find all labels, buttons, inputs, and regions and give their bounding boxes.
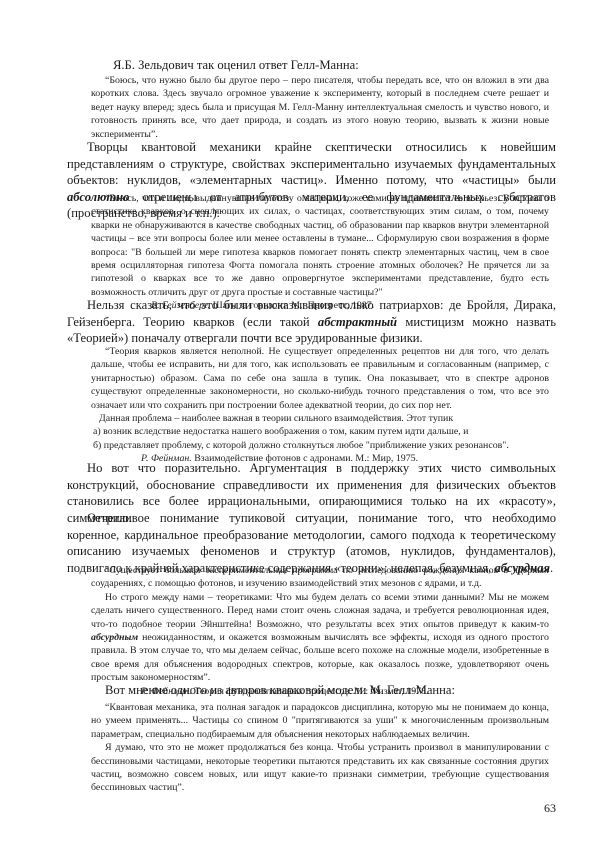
intro-line-gell-mann: Вот мнение одного из авторов кварковой м…	[105, 682, 455, 698]
document-page: Я.Б. Зельдович так оценил ответ Гелл-Ман…	[0, 0, 600, 849]
quote-text: Но строго между нами – теоретиками: Что …	[91, 591, 549, 685]
quote-body: Данная проблема – наиболее важная в теор…	[99, 413, 453, 424]
paragraph-patriarchs: Нельзя сказать, что это были высказывани…	[67, 297, 556, 347]
quote-line: Данная проблема – наиболее важная в теор…	[91, 412, 549, 425]
paragraph-text: Творцы квантовой механики крайне скептич…	[67, 140, 556, 187]
quote-list-item-a: а) возник вследствие недостатка нашего в…	[91, 425, 549, 438]
quote-body: “Существует большая экспериментальная пр…	[91, 565, 549, 589]
page-number: 63	[544, 801, 556, 816]
quote-body: неожиданностям, и окажется возможным выч…	[91, 632, 549, 683]
quote-text: “Существует большая экспериментальная пр…	[91, 564, 549, 591]
quote-list-item-b: б) представляет проблему, с которой долж…	[91, 439, 549, 452]
emphasis-word: абстрактный	[318, 315, 397, 329]
quote-body: “Боюсь, что и люди, выдвинувшие гипотезу…	[91, 193, 549, 298]
quote-text: “Боюсь, что и люди, выдвинувшие гипотезу…	[91, 192, 549, 299]
quote-feynman-2: “Существует большая экспериментальная пр…	[91, 564, 549, 698]
quote-zeldovich: “Боюсь, что нужно было бы другое перо – …	[91, 74, 549, 141]
intro-line: Я.Б. Зельдович так оценил ответ Гелл-Ман…	[113, 57, 359, 73]
paragraph-text: .	[550, 561, 553, 575]
quote-feynman-1: “Теория кварков является неполной. Не су…	[91, 345, 549, 466]
quote-body: “Квантовая механика, эта полная загадок …	[91, 702, 549, 740]
quote-text: “Боюсь, что нужно было бы другое перо – …	[91, 74, 549, 141]
quote-body: Но строго между нами – теоретиками: Что …	[91, 592, 549, 630]
quote-body: “Теория кварков является неполной. Не су…	[91, 346, 549, 411]
quote-text: “Теория кварков является неполной. Не су…	[91, 345, 549, 412]
quote-body: “Боюсь, что нужно было бы другое перо – …	[91, 75, 549, 140]
quote-heisenberg: “Боюсь, что и люди, выдвинувшие гипотезу…	[91, 192, 549, 313]
quote-body: Я думаю, что это не может продолжаться б…	[91, 742, 549, 793]
quote-gell-mann: “Квантовая механика, эта полная загадок …	[91, 701, 549, 795]
emphasis-word: абсурдным	[91, 632, 138, 643]
quote-text: Я думаю, что это не может продолжаться б…	[91, 741, 549, 795]
quote-text: “Квантовая механика, эта полная загадок …	[91, 701, 549, 741]
